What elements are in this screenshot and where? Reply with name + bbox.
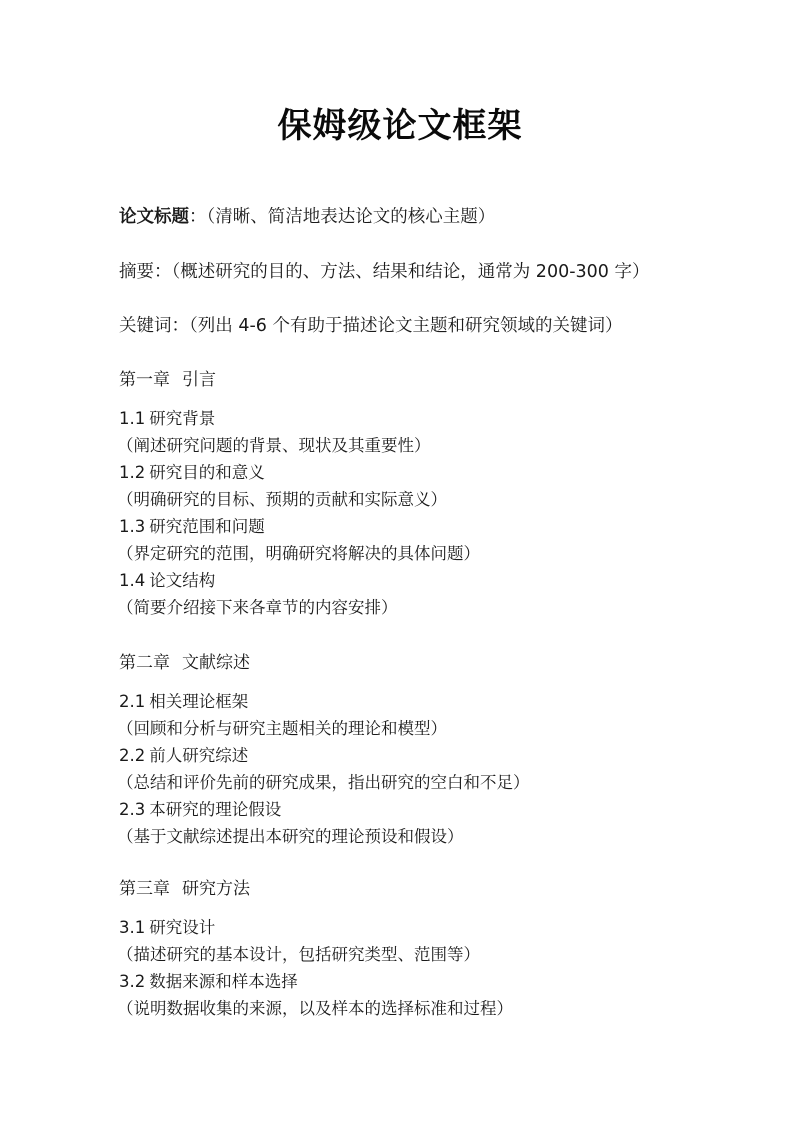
chapter-3: 第三章研究方法 3.1研究设计 （描述研究的基本设计，包括研究类型、范围等） 3… [119,876,719,1022]
keywords-line: 关键词：（列出 4-6 个有助于描述论文主题和研究领域的关键词） [119,312,622,337]
paper-title-separator: ： [189,207,207,227]
section-description: （回顾和分析与研究主题相关的理论和模型） [117,715,719,742]
section-3-2: 3.2数据来源和样本选择 （说明数据收集的来源，以及样本的选择标准和过程） [119,968,719,1022]
chapter-name: 研究方法 [182,879,250,899]
section-description: （说明数据收集的来源，以及样本的选择标准和过程） [117,995,719,1022]
section-description: （基于文献综述提出本研究的理论预设和假设） [117,823,719,850]
paper-title-label: 论文标题 [119,207,189,227]
chapter-heading: 第二章文献综述 [119,650,719,676]
document-title: 保姆级论文框架 [0,98,800,147]
section-title: 3.1研究设计 [119,914,719,941]
chapter-number: 第二章 [119,653,170,673]
section-number: 3.1 [119,918,145,937]
chapter-2: 第二章文献综述 2.1相关理论框架 （回顾和分析与研究主题相关的理论和模型） 2… [119,650,719,850]
abstract-hint: （概述研究的目的、方法、结果和结论，通常为 200-300 字） [172,262,650,282]
chapter-heading: 第三章研究方法 [119,876,719,902]
section-title: 2.3本研究的理论假设 [119,796,719,823]
keywords-hint: （列出 4-6 个有助于描述论文主题和研究领域的关键词） [189,316,622,336]
section-number: 2.1 [119,692,145,711]
section-1-4: 1.4论文结构 （简要介绍接下来各章节的内容安排） [119,567,719,621]
section-3-1: 3.1研究设计 （描述研究的基本设计，包括研究类型、范围等） [119,914,719,968]
section-title: 1.4论文结构 [119,567,719,594]
chapter-name: 引言 [182,370,216,390]
section-description: （总结和评价先前的研究成果，指出研究的空白和不足） [117,769,719,796]
section-title: 1.1研究背景 [119,405,719,432]
section-number: 1.3 [119,517,145,536]
abstract-line: 摘要：（概述研究的目的、方法、结果和结论，通常为 200-300 字） [119,258,650,283]
section-title-text: 相关理论框架 [149,692,248,711]
section-2-2: 2.2前人研究综述 （总结和评价先前的研究成果，指出研究的空白和不足） [119,742,719,796]
section-1-3: 1.3研究范围和问题 （界定研究的范围，明确研究将解决的具体问题） [119,513,719,567]
section-1-2: 1.2研究目的和意义 （明确研究的目标、预期的贡献和实际意义） [119,459,719,513]
section-2-3: 2.3本研究的理论假设 （基于文献综述提出本研究的理论预设和假设） [119,796,719,850]
chapter-name: 文献综述 [182,653,250,673]
document-page: 保姆级论文框架 论文标题：（清晰、简洁地表达论文的核心主题） 摘要：（概述研究的… [0,0,800,1131]
section-title-text: 数据来源和样本选择 [149,972,298,991]
section-1-1: 1.1研究背景 （阐述研究问题的背景、现状及其重要性） [119,405,719,459]
section-title: 3.2数据来源和样本选择 [119,968,719,995]
section-number: 1.4 [119,571,145,590]
paper-title-line: 论文标题：（清晰、简洁地表达论文的核心主题） [119,203,495,228]
section-number: 1.2 [119,463,145,482]
section-title-text: 前人研究综述 [149,746,248,765]
section-title: 2.2前人研究综述 [119,742,719,769]
section-title-text: 论文结构 [149,571,215,590]
keywords-label: 关键词： [119,316,189,336]
section-number: 1.1 [119,409,145,428]
section-title-text: 研究范围和问题 [149,517,265,536]
section-title: 1.2研究目的和意义 [119,459,719,486]
section-2-1: 2.1相关理论框架 （回顾和分析与研究主题相关的理论和模型） [119,688,719,742]
section-description: （描述研究的基本设计，包括研究类型、范围等） [117,941,719,968]
chapter-heading: 第一章引言 [119,367,719,393]
section-title-text: 本研究的理论假设 [149,800,281,819]
section-number: 2.3 [119,800,145,819]
section-description: （简要介绍接下来各章节的内容安排） [117,594,719,621]
section-number: 3.2 [119,972,145,991]
section-description: （阐述研究问题的背景、现状及其重要性） [117,432,719,459]
chapter-1: 第一章引言 1.1研究背景 （阐述研究问题的背景、现状及其重要性） 1.2研究目… [119,367,719,621]
section-description: （明确研究的目标、预期的贡献和实际意义） [117,486,719,513]
chapter-number: 第一章 [119,370,170,390]
section-description: （界定研究的范围，明确研究将解决的具体问题） [117,540,719,567]
abstract-label: 摘要： [119,262,172,282]
section-title-text: 研究背景 [149,409,215,428]
section-number: 2.2 [119,746,145,765]
section-title: 2.1相关理论框架 [119,688,719,715]
section-title-text: 研究设计 [149,918,215,937]
chapter-number: 第三章 [119,879,170,899]
paper-title-hint: （清晰、简洁地表达论文的核心主题） [207,207,496,227]
section-title: 1.3研究范围和问题 [119,513,719,540]
section-title-text: 研究目的和意义 [149,463,265,482]
